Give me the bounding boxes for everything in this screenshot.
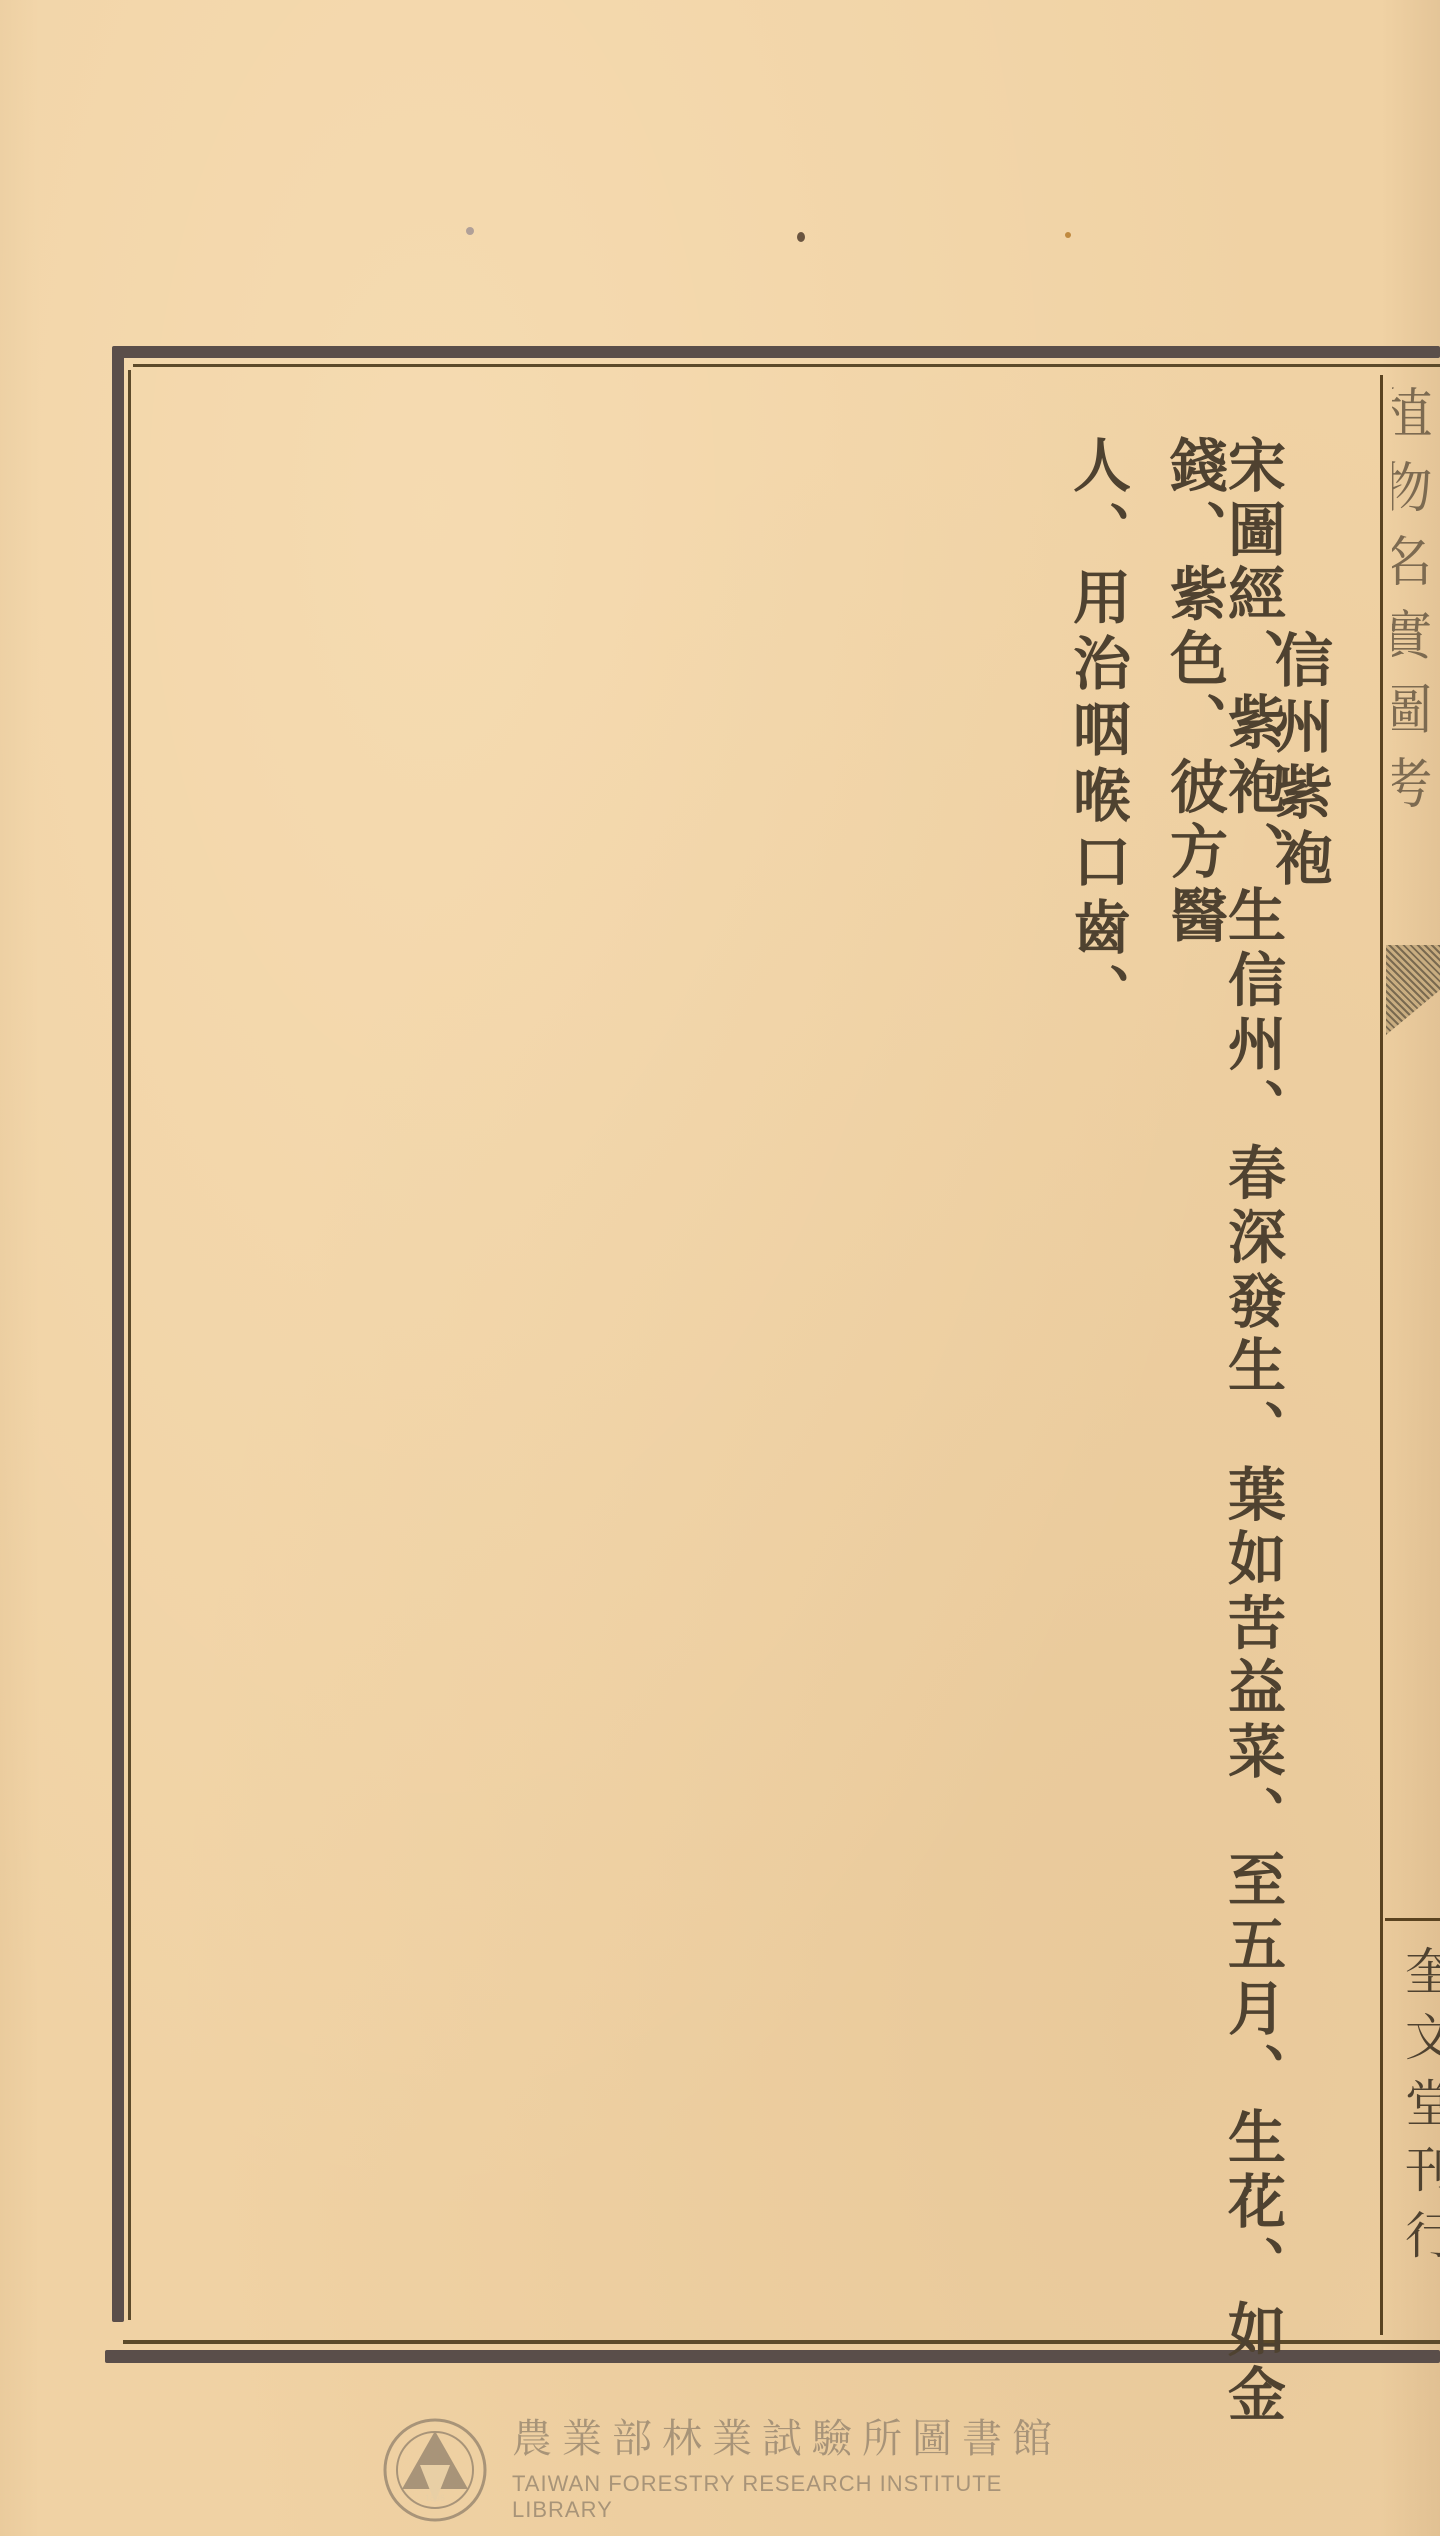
frame-outer-left-border bbox=[112, 346, 124, 2322]
text-column-2: 人、用治咽喉口齒、 bbox=[1068, 435, 1126, 1029]
text-column-1: 宋圖經、紫袍、生信州、春深發生、葉如苦益菜、至五月、生花、如金錢、紫色、彼方醫 bbox=[1165, 435, 1281, 2536]
paper-speck bbox=[797, 232, 805, 242]
watermark-name-zh: 農業部林業試驗所圖書館 bbox=[512, 2417, 1080, 2461]
frame-outer-top-border bbox=[115, 346, 1440, 358]
scanned-book-page: 信州紫袍 宋圖經、紫袍、生信州、春深發生、葉如苦益菜、至五月、生花、如金錢、紫色… bbox=[0, 0, 1440, 2536]
center-fold-line bbox=[1380, 375, 1383, 2335]
svg-text:1896: 1896 bbox=[425, 2493, 445, 2503]
frame-inner-top-border bbox=[133, 364, 1440, 367]
paper-speck bbox=[466, 227, 474, 235]
center-column-rule bbox=[1385, 1918, 1440, 1921]
frame-inner-left-border bbox=[128, 370, 131, 2320]
margin-book-title: 植物名實圖考 bbox=[1392, 385, 1440, 829]
library-watermark: 1896 農業部林業試驗所圖書館 TAIWAN FORESTRY RESEARC… bbox=[380, 2410, 1080, 2530]
paper-speck bbox=[1065, 232, 1071, 238]
fishtail-mark-icon bbox=[1386, 945, 1440, 1035]
watermark-name-en: TAIWAN FORESTRY RESEARCH INSTITUTE LIBRA… bbox=[512, 2471, 1080, 2523]
forestry-institute-logo-icon: 1896 bbox=[380, 2415, 490, 2525]
publisher-imprint: 奎文堂刊行 bbox=[1390, 1945, 1440, 2275]
